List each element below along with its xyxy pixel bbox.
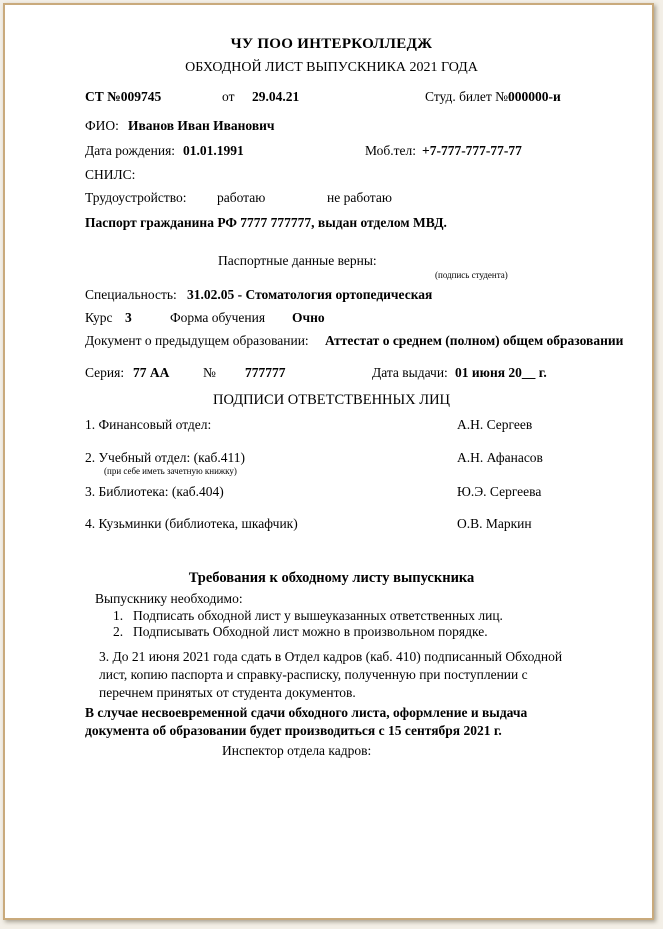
- birth-value: 01.01.1991: [183, 143, 244, 159]
- passport-line: Паспорт гражданина РФ 7777 777777, выдан…: [85, 215, 447, 231]
- issue-date-value: 01 июня 20__ г.: [455, 365, 547, 381]
- requirements-intro: Выпускнику необходимо:: [95, 591, 243, 607]
- employment-option-not-working: не работаю: [327, 190, 392, 206]
- form-label: Форма обучения: [170, 310, 265, 326]
- late-notice: В случае несвоевременной сдачи обходного…: [85, 704, 543, 740]
- signature-row-label: 4. Кузьминки (библиотека, шкафчик): [85, 516, 298, 532]
- signature-row-note: (при себе иметь зачетную книжку): [104, 466, 237, 476]
- signature-row-label: 3. Библиотека: (каб.404): [85, 484, 224, 500]
- requirement-item3-paragraph: 3. До 21 июня 2021 года сдать в Отдел ка…: [99, 648, 581, 702]
- course-label: Курс: [85, 310, 112, 326]
- issue-date-label: Дата выдачи:: [372, 365, 448, 381]
- inspector-label: Инспектор отдела кадров:: [222, 743, 371, 759]
- st-number: СТ №009745: [85, 89, 161, 105]
- series-value: 77 АА: [133, 365, 169, 381]
- requirement-item-text: Подписать обходной лист у вышеуказанных …: [133, 608, 503, 624]
- signature-row-label: 1. Финансовый отдел:: [85, 417, 211, 433]
- requirement-item-number: 2.: [113, 624, 123, 640]
- prev-edu-label: Документ о предыдущем образовании:: [85, 333, 309, 349]
- specialty-value: 31.02.05 - Стоматология ортопедическая: [187, 287, 432, 303]
- birth-label: Дата рождения:: [85, 143, 175, 159]
- series-label: Серия:: [85, 365, 124, 381]
- requirement-item-number: 1.: [113, 608, 123, 624]
- passport-confirm-label: Паспортные данные верны:: [218, 253, 377, 269]
- fio-label: ФИО:: [85, 118, 119, 134]
- requirements-title: Требования к обходному листу выпускника: [0, 570, 663, 586]
- st-date: 29.04.21: [252, 89, 299, 105]
- document-subtitle: ОБХОДНОЙ ЛИСТ ВЫПУСКНИКА 2021 ГОДА: [0, 60, 663, 76]
- phone-value: +7-777-777-77-77: [422, 143, 522, 159]
- form-value: Очно: [292, 310, 325, 326]
- document-title: ЧУ ПОО ИНТЕРКОЛЛЕДЖ: [0, 36, 663, 52]
- employment-label: Трудоустройство:: [85, 190, 187, 206]
- st-from-label: от: [222, 89, 234, 105]
- signature-row-name: А.Н. Сергеев: [457, 417, 532, 433]
- document-screenshot: ЧУ ПОО ИНТЕРКОЛЛЕДЖ ОБХОДНОЙ ЛИСТ ВЫПУСК…: [0, 0, 663, 929]
- employment-option-working: работаю: [217, 190, 265, 206]
- number-label: №: [203, 365, 216, 381]
- signature-row-name: О.В. Маркин: [457, 516, 532, 532]
- prev-edu-value: Аттестат о среднем (полном) общем образо…: [325, 333, 623, 349]
- signatures-section-title: ПОДПИСИ ОТВЕТСТВЕННЫХ ЛИЦ: [0, 392, 663, 408]
- ticket-label: Студ. билет №:: [425, 89, 512, 105]
- fio-value: Иванов Иван Иванович: [128, 118, 275, 134]
- signature-row-label: 2. Учебный отдел: (каб.411): [85, 450, 245, 466]
- signature-row-name: Ю.Э. Сергеева: [457, 484, 541, 500]
- student-signature-note: (подпись студента): [435, 270, 508, 280]
- phone-label: Моб.тел:: [365, 143, 416, 159]
- specialty-label: Специальность:: [85, 287, 177, 303]
- ticket-value: 000000-и: [508, 89, 561, 105]
- requirement-item-text: Подписывать Обходной лист можно в произв…: [133, 624, 488, 640]
- snils-label: СНИЛС:: [85, 167, 135, 183]
- course-value: 3: [125, 310, 132, 326]
- signature-row-name: А.Н. Афанасов: [457, 450, 543, 466]
- number-value: 777777: [245, 365, 286, 381]
